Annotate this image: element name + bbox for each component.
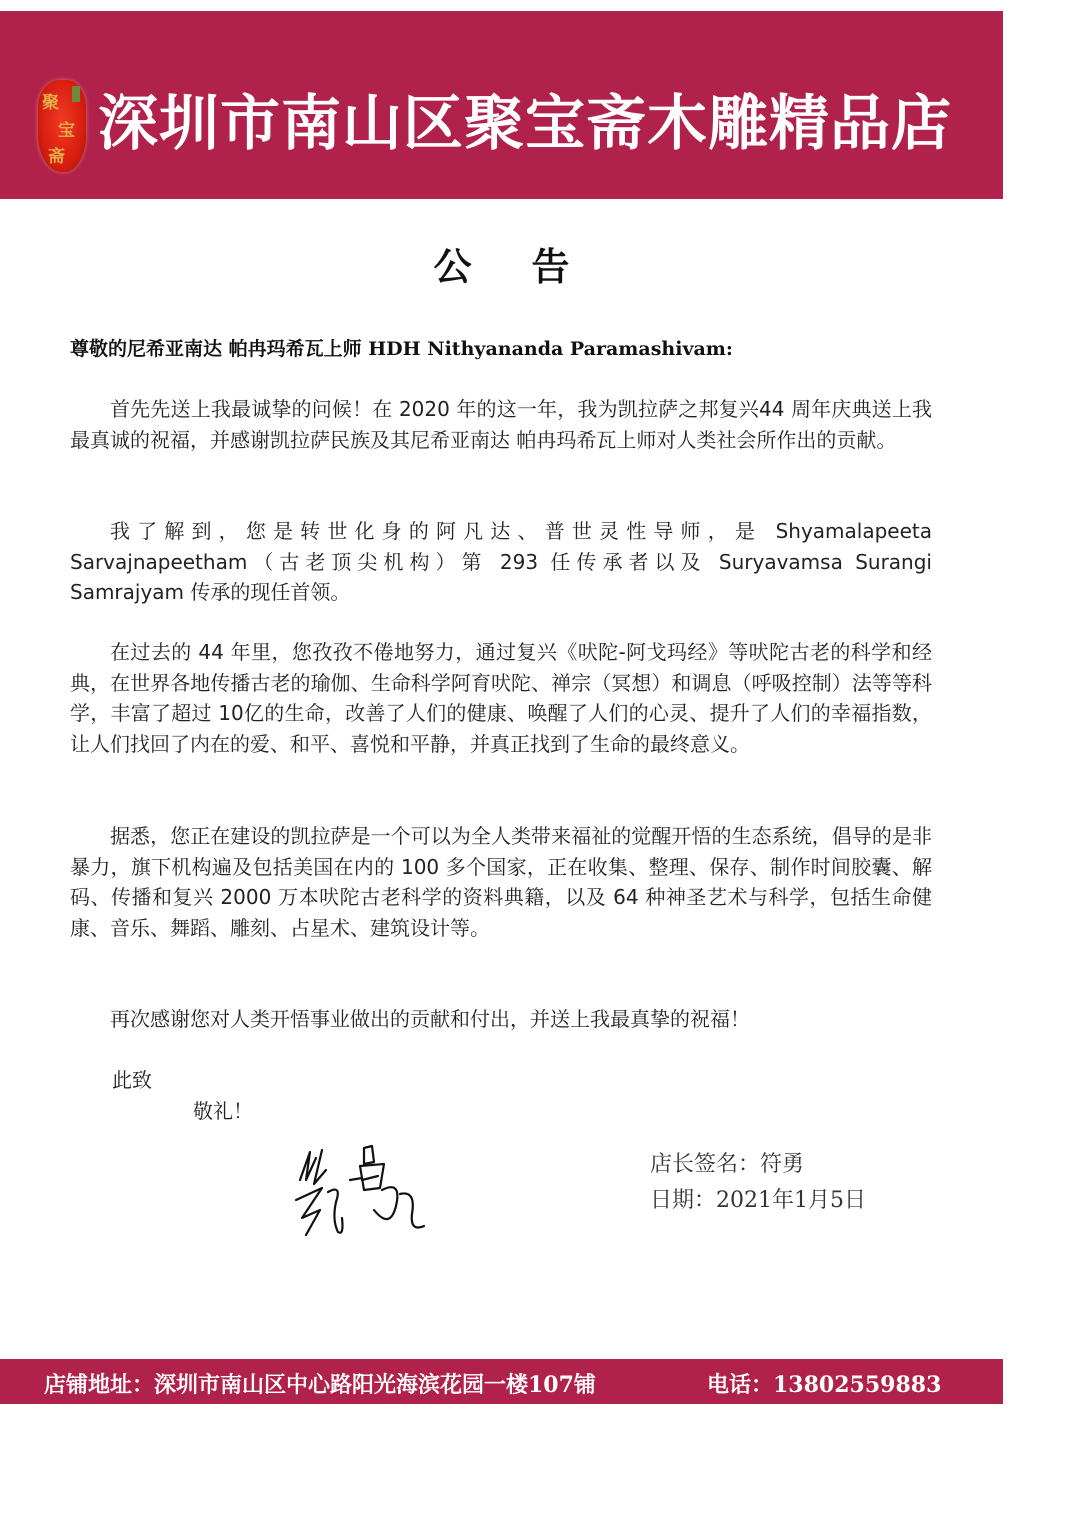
handwritten-signature-icon [292,1140,432,1240]
paragraph-achievements: 在过去的 44 年里，您孜孜不倦地努力，通过复兴《吠陀-阿戈玛经》等吠陀古老的科… [70,637,932,759]
closing-line-2: 敬礼！ [193,1095,253,1124]
paragraph-kailasa: 据悉，您正在建设的凯拉萨是一个可以为全人类带来福祉的觉醒开悟的生态系统，倡导的是… [70,821,932,943]
store-name: 深圳市南山区聚宝斋木雕精品店 [98,86,952,162]
closing-line-1: 此致 [112,1064,152,1093]
logo-char: 斋 [48,142,65,167]
paragraph-greeting: 首先先送上我最诚挚的问候！在 2020 年的这一年，我为凯拉萨之邦复兴44 周年… [70,394,932,455]
notice-title: 公告 [0,236,1003,291]
manager-signature-label: 店长签名：符勇 [650,1147,804,1178]
logo-char: 宝 [58,116,75,141]
signature-date: 日期：2021年1月5日 [650,1183,866,1214]
paragraph-thanks: 再次感谢您对人类开悟事业做出的贡献和付出，并送上我最真挚的祝福！ [70,1004,932,1035]
logo-char: 聚 [42,88,59,113]
store-phone: 电话：13802559883 [707,1368,941,1399]
logo-seal-tag [72,86,80,102]
salutation: 尊敬的尼希亚南达 帕冉玛希瓦上师 HDH Nithyananda Paramas… [70,334,733,361]
paragraph-introduction: 我了解到，您是转世化身的阿凡达、普世灵性导师，是 Shyamalapeeta S… [70,516,932,608]
store-logo-icon: 聚 宝 斋 [38,80,86,172]
store-address: 店铺地址：深圳市南山区中心路阳光海滨花园一楼107铺 [44,1368,596,1399]
